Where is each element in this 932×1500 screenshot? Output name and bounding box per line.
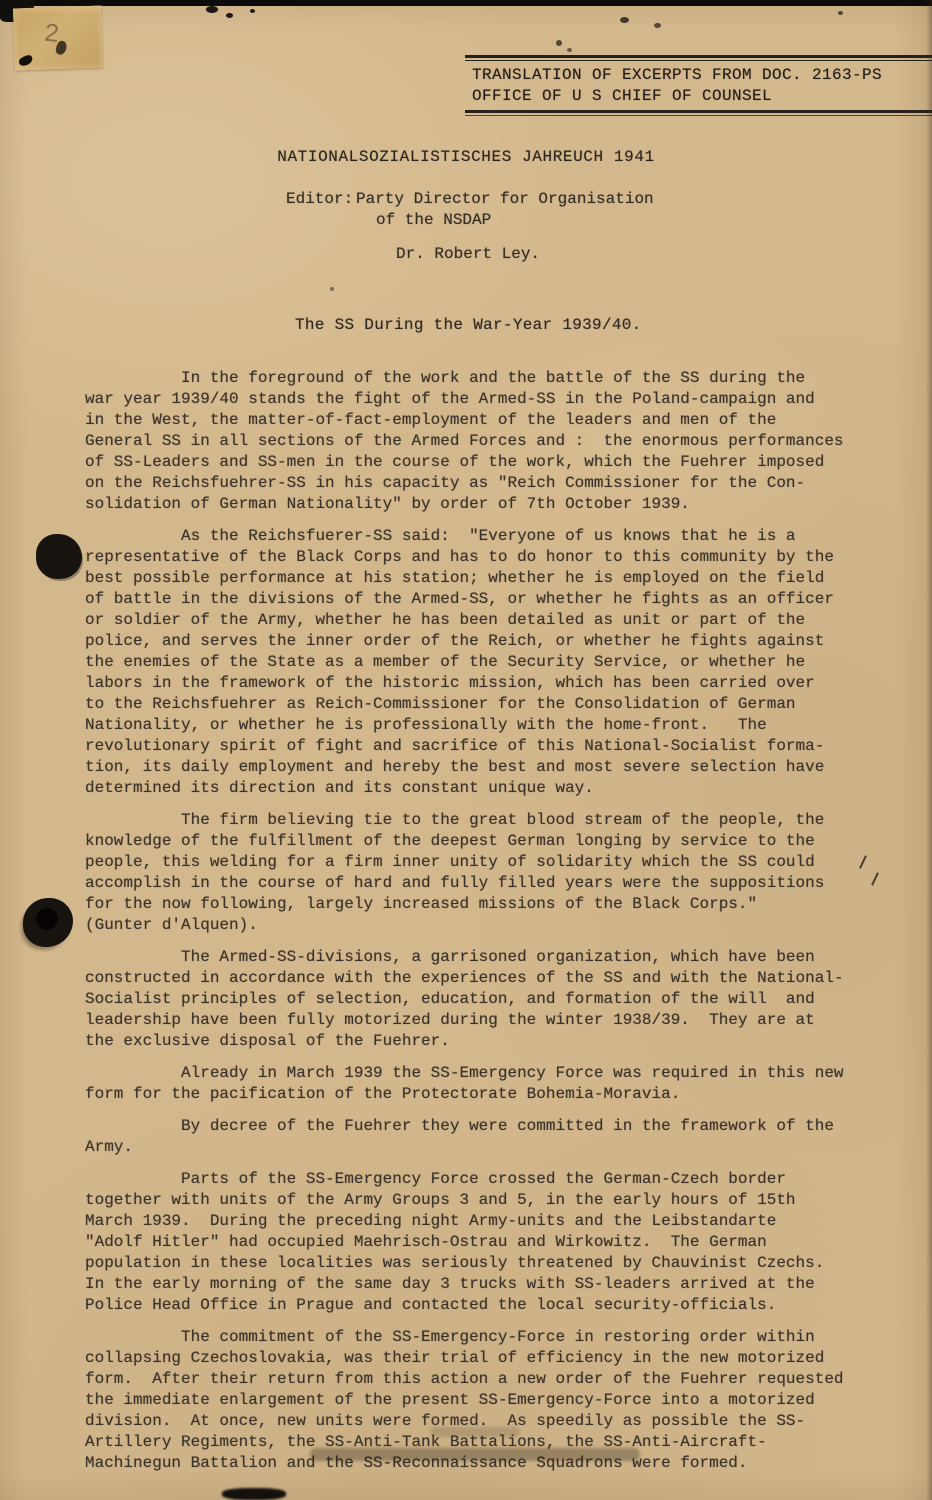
document-body: In the foreground of the work and the ba… xyxy=(85,368,897,1485)
stamp-line-2: OFFICE OF U S CHIEF OF COUNSEL xyxy=(472,86,932,107)
document-page: 2 TRANSLATION OF EXCERPTS FROM DOC. 2163… xyxy=(0,0,932,1500)
paragraph: By decree of the Fuehrer they were commi… xyxy=(85,1116,897,1158)
stamp-rule-bottom xyxy=(465,110,932,113)
paragraph: Parts of the SS-Emergency Force crossed … xyxy=(85,1169,897,1316)
ink-speck xyxy=(330,287,334,291)
ink-smudge xyxy=(222,1488,286,1500)
ink-speck xyxy=(567,48,572,52)
editor-label: Editor: xyxy=(286,189,356,231)
paragraph: As the Reichsfuerer-SS said: "Everyone o… xyxy=(85,526,897,799)
translation-stamp: TRANSLATION OF EXCERPTS FROM DOC. 2163-P… xyxy=(465,55,932,116)
tape-fragment: 2 xyxy=(13,5,103,70)
ink-speck xyxy=(838,11,843,15)
ink-speck xyxy=(654,23,661,28)
stamp-line-1: TRANSLATION OF EXCERPTS FROM DOC. 2163-P… xyxy=(472,65,932,86)
stamp-rule-bottom-thin xyxy=(465,115,932,116)
hole-punch-blot xyxy=(23,898,73,947)
ink-speck xyxy=(556,40,562,46)
ink-smudge xyxy=(310,1448,640,1461)
editor-name: Dr. Robert Ley. xyxy=(396,245,540,263)
ink-speck xyxy=(206,6,218,13)
ink-speck xyxy=(226,13,233,18)
hole-punch-blot xyxy=(36,534,82,579)
editor-role-line1: Party Director for Organisation xyxy=(356,190,654,208)
ink-smudge xyxy=(430,1427,520,1437)
ink-speck xyxy=(620,17,629,23)
paragraph: The firm believing tie to the great bloo… xyxy=(85,810,897,936)
editor-block: Editor: Party Director for Organisation … xyxy=(286,189,654,231)
paragraph: In the foreground of the work and the ba… xyxy=(85,368,897,515)
section-title: The SS During the War-Year 1939/40. xyxy=(295,316,642,334)
ink-mark xyxy=(18,54,34,68)
paragraph: Already in March 1939 the SS-Emergency F… xyxy=(85,1063,897,1105)
scan-edge-artifact xyxy=(0,0,932,6)
paragraph: The Armed-SS-divisions, a garrisoned org… xyxy=(85,947,897,1052)
ink-speck xyxy=(250,9,255,13)
scan-edge-shading xyxy=(926,0,932,1500)
stamp-rule-top xyxy=(465,55,932,58)
editor-role-line2: of the NSDAP xyxy=(356,210,491,231)
document-title: NATIONALSOZIALISTISCHES JAHREUCH 1941 xyxy=(0,148,932,166)
